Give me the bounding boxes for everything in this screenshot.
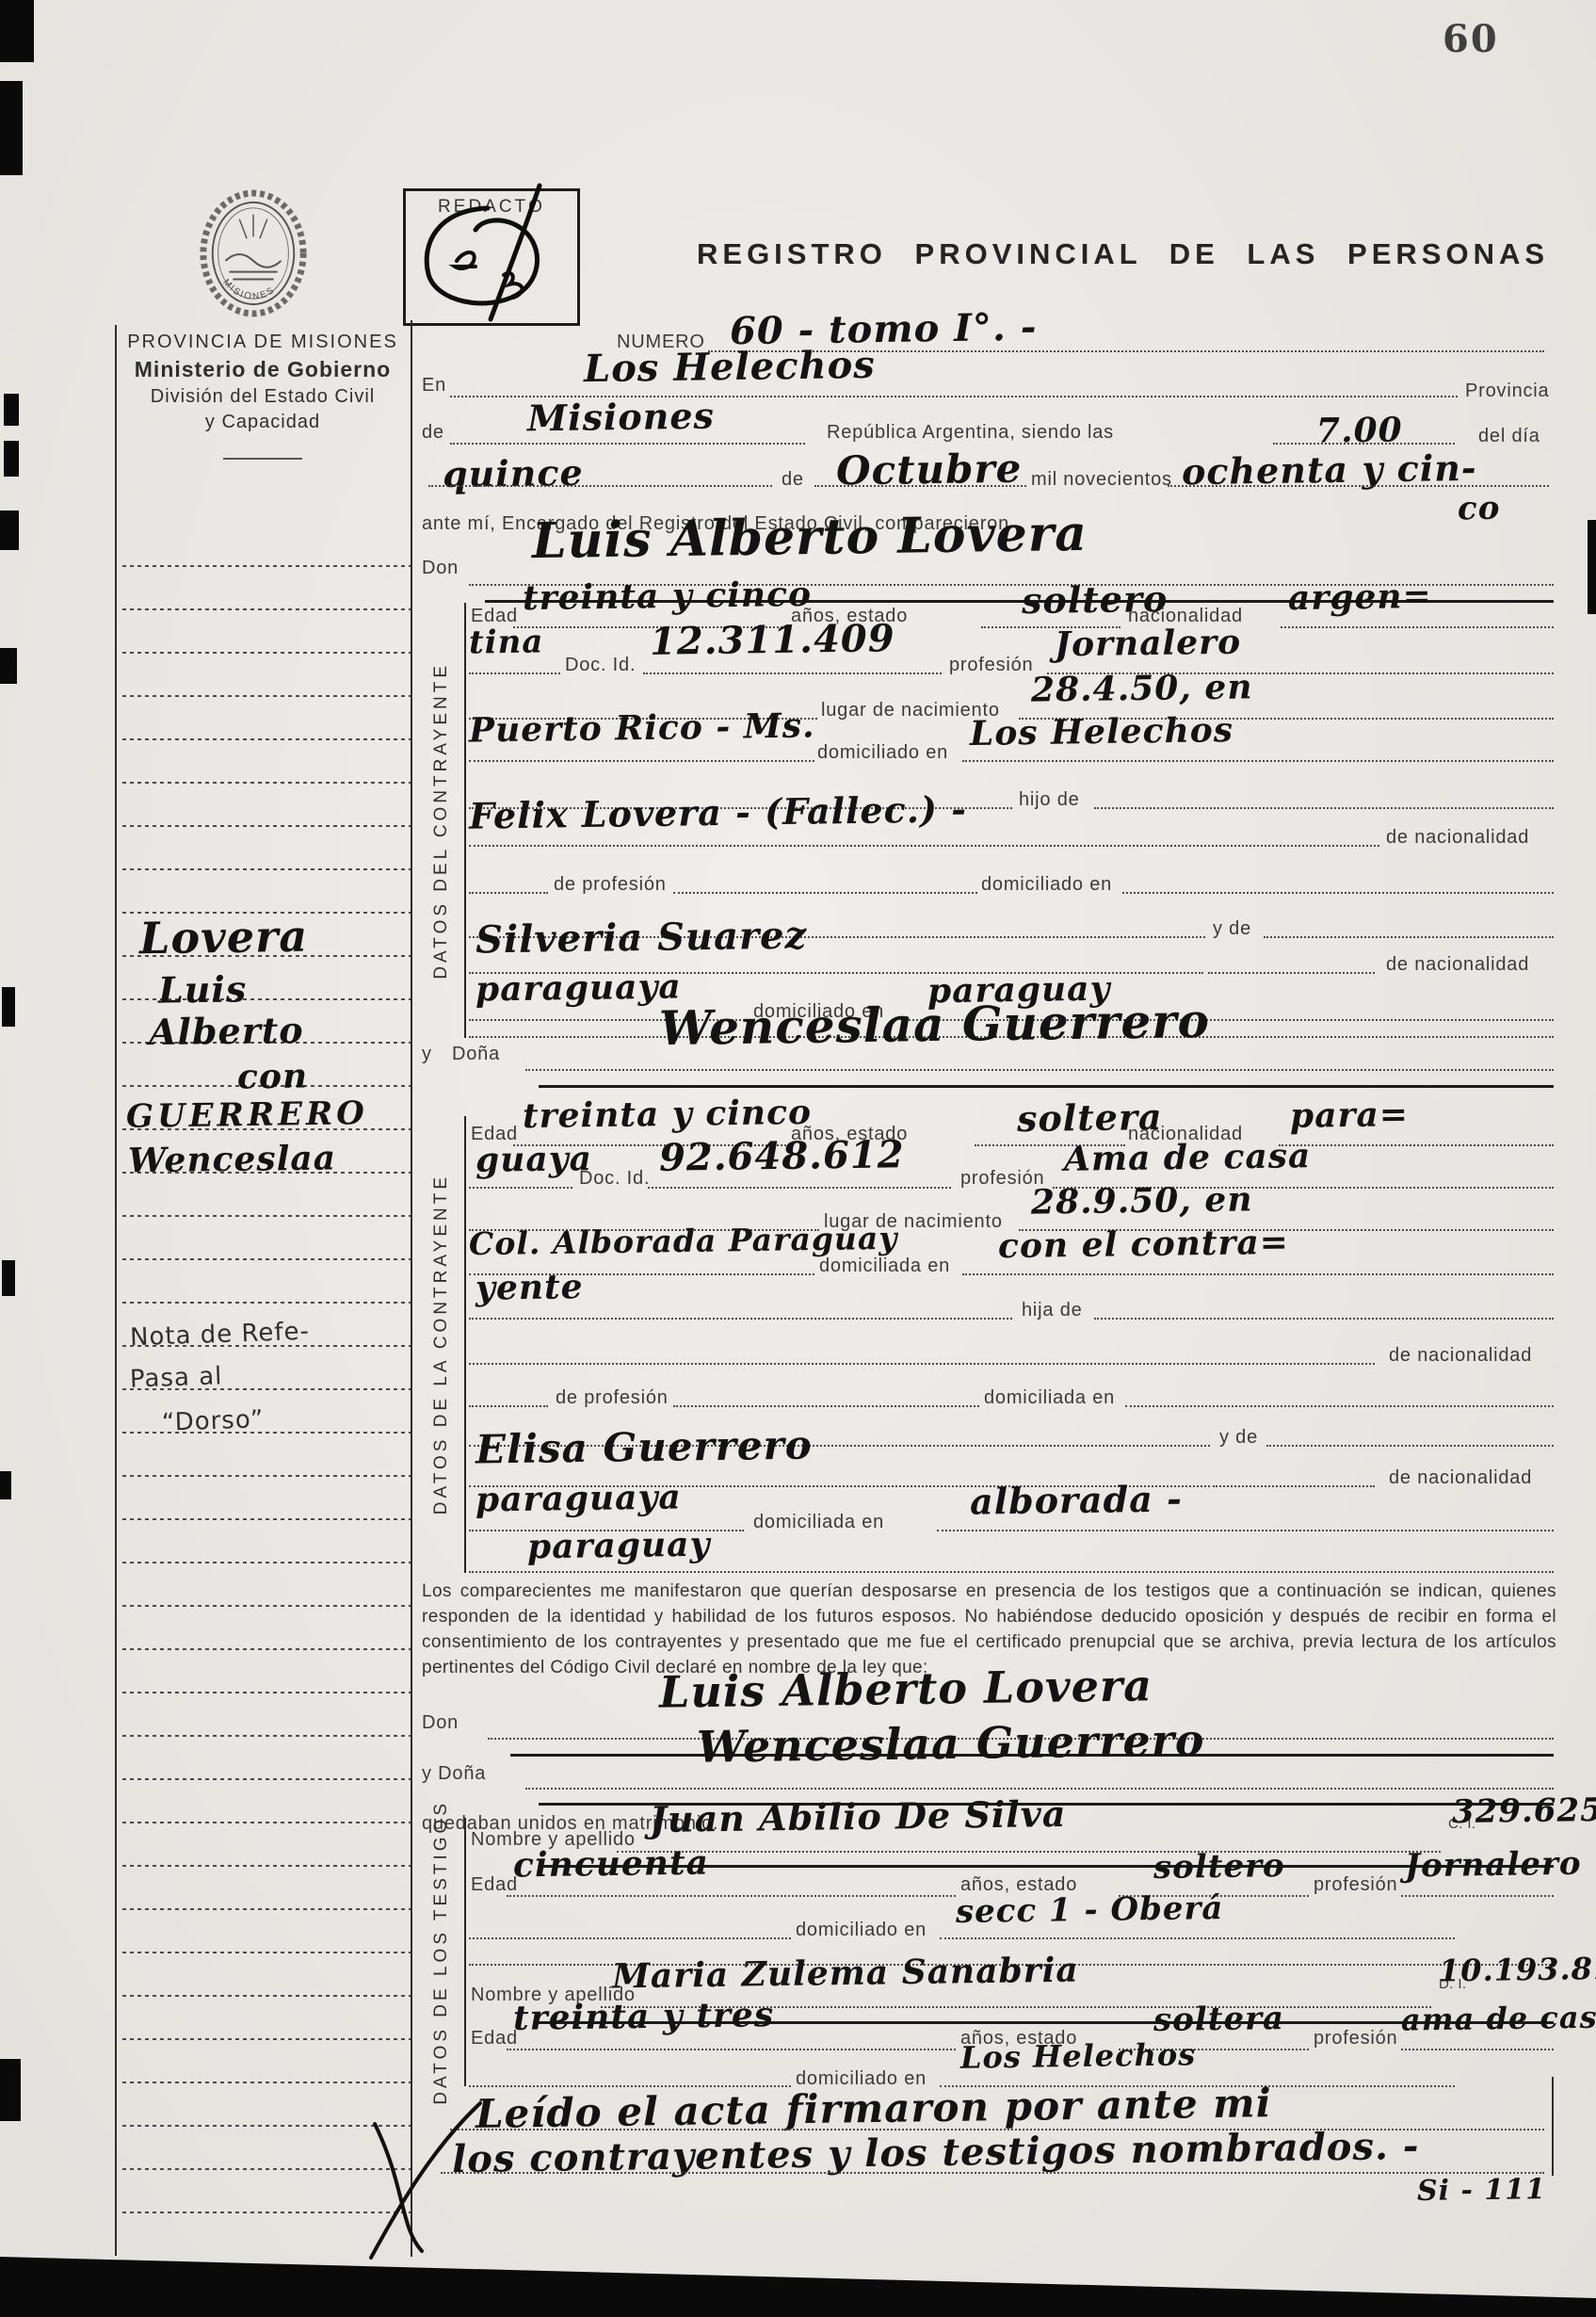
rule	[673, 1405, 979, 1407]
rule	[469, 1571, 1554, 1573]
label-bride-doc: Doc. Id.	[579, 1168, 650, 1190]
label-republica: República Argentina, siendo las	[827, 422, 1114, 444]
value-w1-id: 329.625	[1452, 1791, 1596, 1831]
rule	[1213, 1485, 1375, 1487]
value-w1-edad: cincuenta	[513, 1843, 709, 1886]
label-provincia: Provincia	[1465, 381, 1549, 402]
value-province: Misiones	[527, 395, 715, 440]
scan-artifact	[4, 394, 19, 426]
label-bride-y-de: y de	[1219, 1427, 1258, 1449]
rule	[1208, 972, 1375, 974]
margin-index-middlename: Alberto	[149, 1009, 304, 1053]
value-w2-edad: treinta y tres	[513, 1995, 775, 2038]
label-y-de: y de	[1213, 918, 1251, 940]
rule	[469, 672, 560, 674]
label-groom-domicilio: domiciliado en	[817, 742, 948, 764]
rule	[1279, 1144, 1554, 1146]
scan-artifact	[0, 2059, 21, 2121]
label-w2-profesion: profesión	[1314, 2028, 1397, 2050]
label-groom-padre-domicilio: domiciliado en	[981, 874, 1112, 896]
value-w1-estado: soltero	[1153, 1847, 1285, 1887]
province-seal: MISIONES	[198, 188, 309, 318]
rule	[648, 1187, 951, 1189]
scan-artifact	[0, 510, 19, 550]
value-day: quince	[443, 451, 584, 495]
redacto-signature	[398, 178, 577, 329]
label-en: En	[422, 375, 446, 397]
value-bride-profesion: Ama de casa	[1064, 1136, 1312, 1179]
value-groom-madre: Silveria Suarez	[476, 914, 808, 963]
rule	[617, 1851, 1441, 1853]
rule	[1122, 892, 1554, 894]
scan-artifact	[0, 0, 34, 62]
margin-note-line3: “Dorso”	[162, 1405, 265, 1437]
rule	[469, 760, 814, 762]
scan-artifact	[2, 987, 15, 1027]
label-declaration-don: Don	[422, 1712, 459, 1734]
label-groom-profesion: profesión	[949, 655, 1033, 676]
value-declaration-groom: Luis Alberto Lovera	[659, 1660, 1153, 1717]
value-w1-profesion: Jornalero	[1405, 1845, 1582, 1886]
rule	[814, 485, 1026, 487]
rule	[1281, 626, 1554, 628]
value-groom-edad: treinta y cinco	[523, 575, 813, 618]
value-bride-edad: treinta y cinco	[523, 1093, 813, 1136]
value-bride-fecha-nacimiento: 28.9.50, en	[1031, 1179, 1253, 1222]
rule	[1094, 807, 1554, 809]
letterhead-line4: y Capacidad	[115, 412, 411, 433]
rule	[1168, 485, 1549, 487]
value-bride-name: Wenceslaa Guerrero	[659, 993, 1211, 1056]
section-rail-groom-label: DATOS DEL CONTRAYENTE	[431, 662, 452, 980]
value-bride-nacionalidad: para=	[1290, 1094, 1410, 1136]
value-bride-madre-domicilio-cont: paraguay	[527, 1525, 711, 1567]
rule	[673, 892, 977, 894]
page-number: 60	[1443, 17, 1499, 61]
label-w1-profesion: profesión	[1314, 1874, 1397, 1896]
value-bride-domicilio: con el contra=	[998, 1223, 1290, 1266]
label-de: de	[422, 422, 444, 444]
scan-artifact	[0, 1471, 11, 1499]
rule	[937, 1530, 1554, 1531]
value-w1-domicilio: secc 1 - Oberá	[956, 1889, 1224, 1931]
label-bride-madre-nacionalidad: de nacionalidad	[1389, 1467, 1532, 1489]
label-don: Don	[422, 558, 459, 579]
label-bride-domicilio: domiciliada en	[819, 1256, 950, 1277]
value-groom-name: Luis Alberto Lovera	[532, 505, 1088, 570]
label-bride-madre-domicilio: domiciliada en	[753, 1512, 884, 1533]
value-bride-madre: Elisa Guerrero	[476, 1422, 813, 1473]
label-w2-edad: Edad	[471, 2028, 518, 2050]
value-w2-estado: soltera	[1153, 2000, 1285, 2039]
document-title: REGISTRO PROVINCIAL DE LAS PERSONAS	[697, 237, 1549, 271]
seal-text: MISIONES	[220, 277, 277, 301]
value-w1-nombre: Juan Abilio De Silva	[650, 1792, 1067, 1840]
label-de2: de	[782, 469, 804, 491]
redacto-stamp-box: REDACTÓ	[403, 188, 580, 326]
section-rail-witnesses: DATOS DE LOS TESTIGOS	[419, 1818, 466, 2086]
scan-bottom-band	[0, 2247, 1596, 2317]
rule	[525, 1069, 1554, 1071]
margin-note-line2: Pasa al	[130, 1362, 223, 1393]
value-declaration-bride: Wenceslaa Guerrero	[697, 1714, 1205, 1773]
label-declaration-dona: y Doña	[422, 1763, 486, 1785]
rule	[450, 443, 805, 445]
value-w2-profesion: ama de casa	[1401, 1999, 1596, 2037]
letterhead-line3: División del Estado Civil	[115, 386, 411, 408]
rule	[469, 1937, 791, 1939]
section-rail-bride: DATOS DE LA CONTRAYENTE	[419, 1116, 466, 1573]
letterhead-line2: Ministerio de Gobierno	[115, 357, 411, 382]
value-bride-madre-nacionalidad: paraguaya	[476, 1477, 682, 1519]
value-groom-profesion: Jornalero	[1055, 623, 1242, 665]
rule	[962, 760, 1554, 762]
value-hour: 7.00	[1316, 410, 1403, 450]
value-groom-fecha-nacimiento: 28.4.50, en	[1031, 667, 1253, 709]
label-hija-de: hija de	[1022, 1300, 1083, 1321]
label-w1-edad: Edad	[471, 1874, 518, 1896]
rule	[525, 1788, 1554, 1790]
rule	[1401, 1895, 1554, 1897]
value-year-cont: co	[1458, 490, 1501, 528]
label-y: y	[422, 1044, 432, 1065]
rule	[469, 1405, 548, 1407]
rule	[643, 672, 942, 674]
value-bride-madre-domicilio: alborada -	[970, 1477, 1183, 1522]
value-bride-nacionalidad-cont: guaya	[476, 1139, 592, 1180]
label-mil-novecientos: mil novecientos	[1031, 469, 1172, 491]
value-groom-padre: Felix Lovera - (Fallec.) -	[469, 787, 968, 836]
label-groom-doc: Doc. Id.	[565, 655, 636, 676]
value-groom-nacionalidad-cont: tina	[469, 623, 544, 661]
label-groom-padre-nacionalidad: de nacionalidad	[1386, 827, 1529, 849]
value-w2-id: 10.193.819	[1439, 1951, 1596, 1989]
margin-index-con: con	[237, 1056, 309, 1096]
scan-artifact	[4, 441, 19, 477]
label-groom-madre-nacionalidad: de nacionalidad	[1386, 954, 1529, 976]
rule	[428, 485, 772, 487]
section-rail-bride-label: DATOS DE LA CONTRAYENTE	[431, 1174, 452, 1515]
letterhead: PROVINCIA DE MISIONES Ministerio de Gobi…	[115, 332, 411, 460]
letterhead-line1: PROVINCIA DE MISIONES	[115, 332, 411, 353]
rule	[507, 2049, 956, 2050]
rule	[469, 1363, 1375, 1365]
rule	[441, 2172, 1544, 2174]
section-rail-witnesses-label: DATOS DE LOS TESTIGOS	[431, 1800, 452, 2105]
letterhead-rule	[223, 458, 302, 460]
scan-artifact	[0, 81, 23, 175]
margin-index-firstname: Luis	[158, 967, 248, 1011]
rule	[469, 1187, 572, 1189]
margin-left-rule	[115, 325, 117, 2256]
label-bride-padre-nacionalidad: de nacionalidad	[1389, 1345, 1532, 1367]
rule	[962, 1273, 1554, 1275]
rule	[469, 892, 548, 894]
rule	[1266, 1445, 1554, 1447]
value-w2-domicilio: Los Helechos	[960, 2036, 1197, 2075]
registrar-signature: Si - 111	[1417, 2173, 1547, 2208]
signature-flourish	[358, 2096, 499, 2265]
margin-right-rule	[411, 320, 412, 2257]
rule	[1264, 936, 1554, 938]
form-right-rule	[1552, 2077, 1554, 2176]
rule	[539, 1085, 1554, 1088]
rule	[1273, 443, 1455, 445]
label-del-dia: del día	[1478, 426, 1540, 447]
value-groom-lugar-nacimiento: Puerto Rico - Ms.	[469, 705, 815, 750]
rule	[1094, 1318, 1554, 1320]
scan-artifact	[1588, 520, 1596, 614]
rule	[469, 1318, 1012, 1320]
value-groom-domicilio: Los Helechos	[970, 710, 1234, 753]
label-groom-padre-profesion: de profesión	[554, 874, 667, 896]
value-locality: Los Helechos	[584, 343, 876, 391]
label-dona: Doña	[452, 1044, 500, 1065]
rule	[940, 1937, 1455, 1939]
margin-index-bride-surname: GUERRERO	[126, 1094, 368, 1136]
margin-index-surname: Lovera	[139, 911, 309, 964]
label-bride-padre-profesion: de profesión	[556, 1387, 669, 1409]
rule	[469, 845, 1379, 847]
scanned-marriage-act: 60 MISIONES PROVINCIA DE MISIONES Minist…	[0, 0, 1596, 2317]
rule	[1125, 1405, 1554, 1407]
section-rail-groom: DATOS DEL CONTRAYENTE	[419, 603, 466, 1038]
rule	[1401, 2049, 1554, 2050]
label-w1-domicilio: domiciliado en	[796, 1920, 927, 1941]
value-groom-nacionalidad: argen=	[1288, 576, 1432, 618]
label-hijo-de: hijo de	[1019, 789, 1080, 811]
rule	[507, 1895, 956, 1897]
value-bride-doc: 92.648.612	[659, 1132, 905, 1180]
label-bride-padre-domicilio: domiciliada en	[984, 1387, 1115, 1409]
value-groom-madre-nacionalidad: paraguaya	[476, 966, 682, 1009]
scan-artifact	[2, 1260, 15, 1296]
value-bride-domicilio-cont: yente	[476, 1267, 584, 1308]
value-w2-nombre: Maria Zulema Sanabria	[612, 1951, 1079, 1997]
svg-text:MISIONES: MISIONES	[220, 277, 277, 301]
value-groom-doc: 12.311.409	[650, 616, 895, 664]
margin-index-bride-firstname: Wenceslaa	[128, 1138, 337, 1180]
scan-artifact	[0, 648, 17, 684]
